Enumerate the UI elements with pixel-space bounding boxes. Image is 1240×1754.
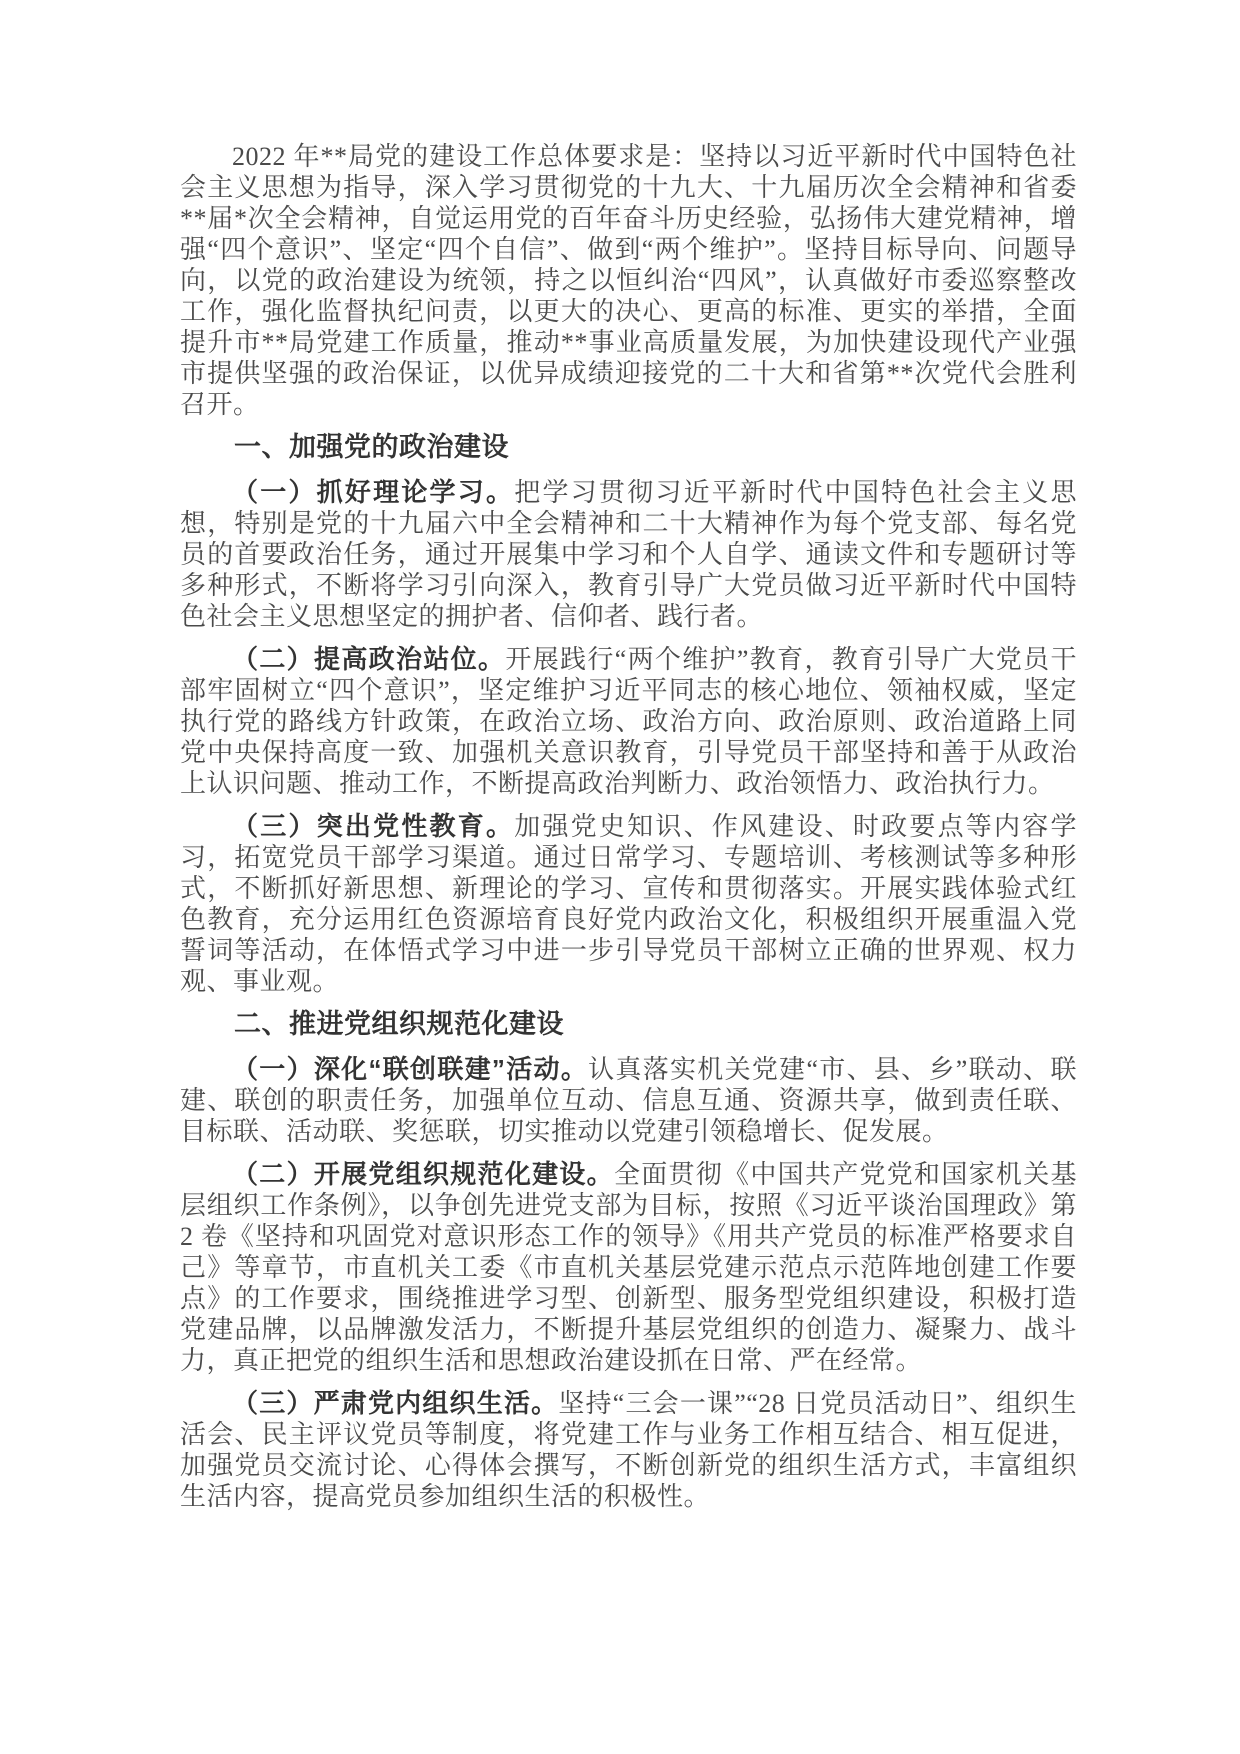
paragraph-lead: （三）突出党性教育。 xyxy=(232,811,514,841)
intro-paragraph: 2022 年**局党的建设工作总体要求是：坚持以习近平新时代中国特色社会主义思想… xyxy=(180,141,1077,420)
paragraph-lead: （一）抓好理论学习。 xyxy=(232,477,514,507)
paragraph-lead: （三）严肃党内组织生活。 xyxy=(232,1388,558,1418)
section-2-paragraph-3: （三）严肃党内组织生活。坚持“三会一课”“28 日党员活动日”、组织生活会、民主… xyxy=(180,1388,1077,1512)
section-2-heading: 二、推进党组织规范化建设 xyxy=(180,1009,1077,1040)
section-1-paragraph-1: （一）抓好理论学习。把学习贯彻习近平新时代中国特色社会主义思想，特别是党的十九届… xyxy=(180,477,1077,632)
paragraph-lead: （二）提高政治站位。 xyxy=(232,644,505,674)
document-page: 2022 年**局党的建设工作总体要求是：坚持以习近平新时代中国特色社会主义思想… xyxy=(0,0,1240,1754)
section-1-heading: 一、加强党的政治建设 xyxy=(180,432,1077,463)
paragraph-lead: （一）深化“联创联建”活动。 xyxy=(232,1054,588,1084)
section-1-paragraph-3: （三）突出党性教育。加强党史知识、作风建设、时政要点等内容学习，拓宽党员干部学习… xyxy=(180,811,1077,997)
paragraph-text: 全面贯彻《中国共产党党和国家机关基层组织工作条例》，以争创先进党支部为目标，按照… xyxy=(180,1160,1077,1375)
section-1-paragraph-2: （二）提高政治站位。开展践行“两个维护”教育，教育引导广大党员干部牢固树立“四个… xyxy=(180,644,1077,799)
section-2-paragraph-2: （二）开展党组织规范化建设。全面贯彻《中国共产党党和国家机关基层组织工作条例》，… xyxy=(180,1159,1077,1376)
section-2-paragraph-1: （一）深化“联创联建”活动。认真落实机关党建“市、县、乡”联动、联建、联创的职责… xyxy=(180,1054,1077,1147)
paragraph-lead: （二）开展党组织规范化建设。 xyxy=(232,1159,614,1189)
